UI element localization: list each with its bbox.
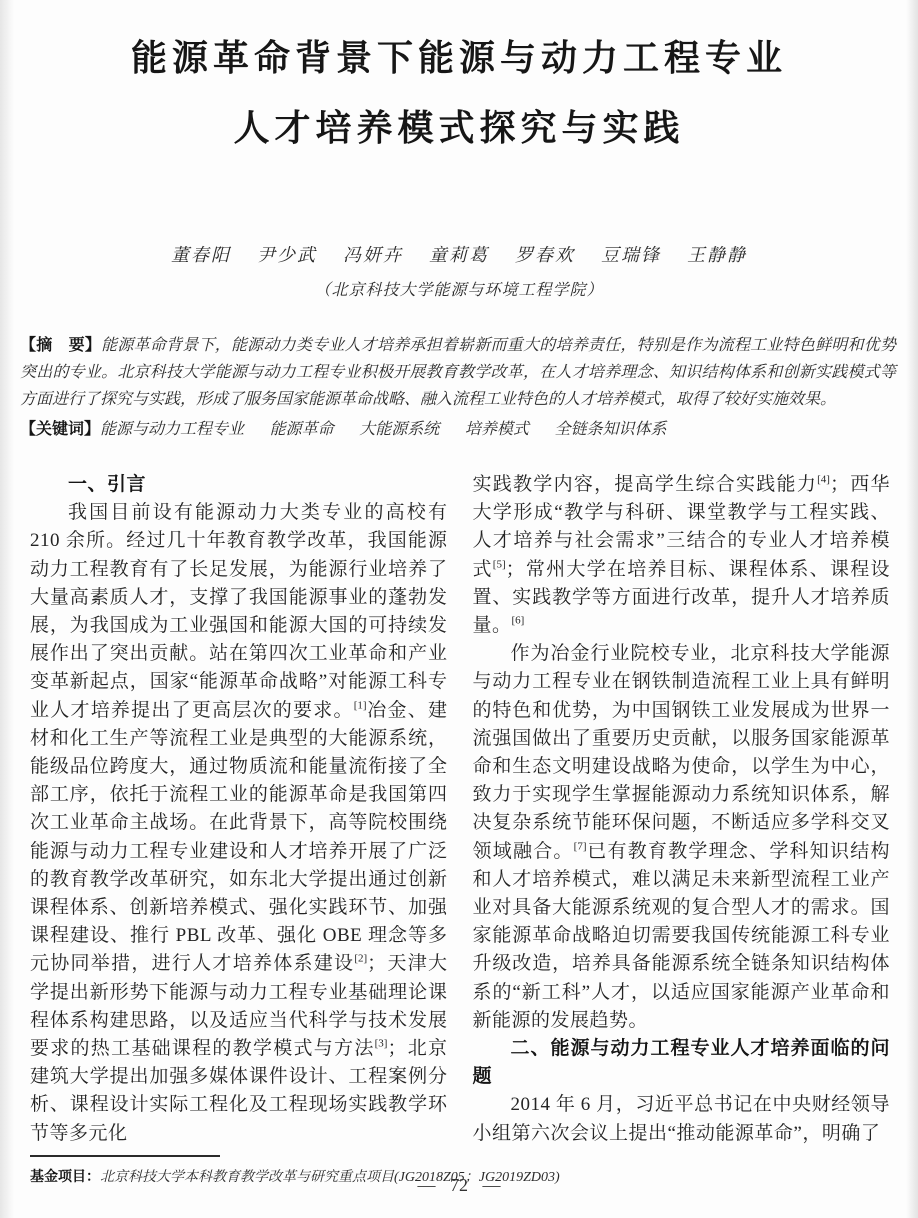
body-column-left: 一、引言 我国目前设有能源动力大类专业的高校有 210 余所。经过几十年教育教学… [30, 471, 448, 1148]
author-name: 罗春欢 [515, 245, 575, 265]
author-name: 童莉葛 [429, 245, 489, 265]
body-paragraph: 我国目前设有能源动力大类专业的高校有 210 余所。经过几十年教育教学改革，我国… [30, 499, 448, 1148]
section-1-heading: 一、引言 [30, 471, 448, 499]
body-two-columns: 一、引言 我国目前设有能源动力大类专业的高校有 210 余所。经过几十年教育教学… [30, 471, 890, 1148]
scan-edge-left [0, 0, 14, 1218]
footnote-separator-rule [30, 1155, 220, 1157]
abstract-block: 【摘 要】能源革命背景下，能源动力类专业人才培养承担着崭新而重大的培养责任，特别… [20, 332, 896, 413]
keyword: 大能源系统 [359, 421, 439, 438]
body-paragraph: 2014 年 6 月，习近平总书记在中央财经领导小组第六次会议上提出“推动能源革… [473, 1091, 891, 1147]
keyword: 能源革命 [270, 421, 334, 438]
keywords-block: 【关键词】能源与动力工程专业能源革命大能源系统培养模式全链条知识体系 [20, 416, 896, 443]
scan-edge-right [906, 0, 918, 1218]
keyword: 全链条知识体系 [554, 421, 666, 438]
body-column-right: 实践教学内容，提高学生综合实践能力[4]；西华大学形成“教学与科研、课堂教学与工… [473, 471, 891, 1148]
abstract-label: 【摘 要】 [20, 337, 101, 354]
author-name: 豆瑞锋 [601, 245, 661, 265]
abstract-text: 能源革命背景下，能源动力类专业人才培养承担着崭新而重大的培养责任，特别是作为流程… [20, 337, 896, 408]
keyword: 能源与动力工程专业 [100, 421, 244, 438]
keywords-label: 【关键词】 [20, 421, 100, 438]
scanned-paper-page: 能源革命背景下能源与动力工程专业 人才培养模式探究与实践 董春阳尹少武冯妍卉童莉… [0, 0, 918, 1218]
keyword: 培养模式 [465, 421, 529, 438]
page-number: — 72 — [0, 1175, 918, 1196]
paper-title-line1: 能源革命背景下能源与动力工程专业 [0, 36, 918, 79]
author-name: 董春阳 [171, 245, 231, 265]
author-list: 董春阳尹少武冯妍卉童莉葛罗春欢豆瑞锋王静静 [0, 241, 918, 267]
affiliation: （北京科技大学能源与环境工程学院） [0, 277, 918, 300]
author-name: 王静静 [687, 245, 747, 265]
author-name: 尹少武 [257, 245, 317, 265]
body-paragraph-continuation: 实践教学内容，提高学生综合实践能力[4]；西华大学形成“教学与科研、课堂教学与工… [473, 471, 891, 640]
author-name: 冯妍卉 [343, 245, 403, 265]
body-paragraph: 作为冶金行业院校专业，北京科技大学能源与动力工程专业在钢铁制造流程工业上具有鲜明… [473, 640, 891, 1035]
section-2-heading: 二、能源与动力工程专业人才培养面临的问题 [473, 1035, 891, 1091]
paper-title-line2: 人才培养模式探究与实践 [0, 106, 918, 149]
